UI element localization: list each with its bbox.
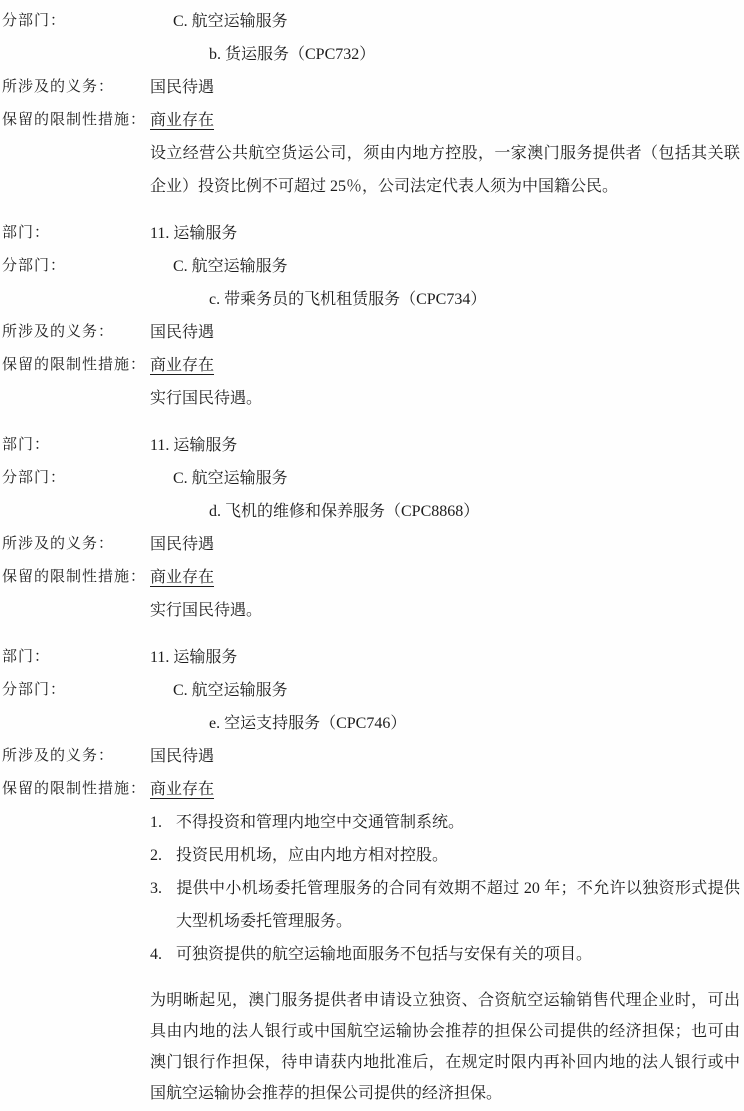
field-label: 分部门： (2, 250, 150, 283)
field-row: 所涉及的义务： 国民待遇 (2, 740, 740, 773)
field-text: C. 航空运输服务 (173, 682, 288, 699)
field-value: 实行国民待遇。 (150, 382, 740, 415)
field-label: 分部门： (2, 674, 150, 707)
field-text: 11. 运输服务 (150, 225, 237, 242)
field-text: 国民待遇 (150, 536, 214, 553)
field-text: 商业存在 (150, 357, 214, 374)
field-row: 分部门： C. 航空运输服务 (2, 462, 740, 495)
field-value: C. 航空运输服务 (150, 674, 740, 707)
field-text: 投资民用机场，应由内地方相对控股。 (176, 847, 448, 864)
field-row: 保留的限制性措施： 商业存在 (2, 349, 740, 382)
field-text: 提供中小机场委托管理服务的合同有效期不超过 20 年；不允许以独资形式提供大型机… (176, 880, 740, 930)
field-text: b. 货运服务（CPC732） (209, 46, 375, 63)
field-text: d. 飞机的维修和保养服务（CPC8868） (209, 503, 479, 520)
field-text: 11. 运输服务 (150, 437, 237, 454)
field-row: 保留的限制性措施： 商业存在 (2, 104, 740, 137)
field-row: 实行国民待遇。 (2, 594, 740, 627)
schedule-entry-section: 部门： 11. 运输服务 分部门： C. 航空运输服务 c. 带乘务员的飞机租赁… (2, 217, 740, 415)
field-text: 国民待遇 (150, 748, 214, 765)
field-text: 商业存在 (150, 781, 214, 798)
field-text: 不得投资和管理内地空中交通管制系统。 (176, 814, 464, 831)
field-row: c. 带乘务员的飞机租赁服务（CPC734） (2, 283, 740, 316)
field-row: 保留的限制性措施： 商业存在 (2, 561, 740, 594)
field-row: 分部门： C. 航空运输服务 (2, 250, 740, 283)
field-text: 实行国民待遇。 (150, 390, 262, 407)
field-row: 保留的限制性措施： 商业存在 (2, 773, 740, 806)
field-text: 设立经营公共航空货运公司，须由内地方控股，一家澳门服务提供者（包括其关联企业）投… (150, 145, 740, 195)
field-row: 1.不得投资和管理内地空中交通管制系统。 (2, 806, 740, 839)
schedule-entry-section: 分部门： C. 航空运输服务 b. 货运服务（CPC732） 所涉及的义务： 国… (2, 5, 740, 203)
field-label: 所涉及的义务： (2, 740, 150, 773)
field-value: 商业存在 (150, 561, 740, 594)
field-value: 国民待遇 (150, 740, 740, 773)
field-row: b. 货运服务（CPC732） (2, 38, 740, 71)
field-row: 所涉及的义务： 国民待遇 (2, 316, 740, 349)
field-label: 保留的限制性措施： (2, 561, 150, 594)
field-row: 3.提供中小机场委托管理服务的合同有效期不超过 20 年；不允许以独资形式提供大… (2, 872, 740, 938)
field-value: 国民待遇 (150, 316, 740, 349)
field-value: 设立经营公共航空货运公司，须由内地方控股，一家澳门服务提供者（包括其关联企业）投… (150, 137, 740, 203)
field-row: 为明晰起见，澳门服务提供者申请设立独资、合资航空运输销售代理企业时，可出具由内地… (2, 985, 740, 1109)
field-row: 所涉及的义务： 国民待遇 (2, 528, 740, 561)
field-value: c. 带乘务员的飞机租赁服务（CPC734） (150, 283, 740, 316)
field-value: 1.不得投资和管理内地空中交通管制系统。 (150, 806, 740, 839)
field-value: 11. 运输服务 (150, 217, 740, 250)
field-row: 设立经营公共航空货运公司，须由内地方控股，一家澳门服务提供者（包括其关联企业）投… (2, 137, 740, 203)
field-row: 实行国民待遇。 (2, 382, 740, 415)
field-label: 部门： (2, 429, 150, 462)
field-label: 保留的限制性措施： (2, 104, 150, 137)
field-row: e. 空运支持服务（CPC746） (2, 707, 740, 740)
field-label: 所涉及的义务： (2, 316, 150, 349)
field-row: 分部门： C. 航空运输服务 (2, 5, 740, 38)
field-text: 可独资提供的航空运输地面服务不包括与安保有关的项目。 (176, 946, 592, 963)
field-text: 11. 运输服务 (150, 649, 237, 666)
field-row: 部门： 11. 运输服务 (2, 641, 740, 674)
field-label: 所涉及的义务： (2, 528, 150, 561)
field-row: 部门： 11. 运输服务 (2, 217, 740, 250)
field-text: 商业存在 (150, 112, 214, 129)
field-value: 商业存在 (150, 349, 740, 382)
field-row: 部门： 11. 运输服务 (2, 429, 740, 462)
document-page: 分部门： C. 航空运输服务 b. 货运服务（CPC732） 所涉及的义务： 国… (0, 0, 744, 1111)
field-label: 分部门： (2, 462, 150, 495)
field-label: 保留的限制性措施： (2, 773, 150, 806)
field-value: 为明晰起见，澳门服务提供者申请设立独资、合资航空运输销售代理企业时，可出具由内地… (150, 985, 740, 1109)
field-value: 国民待遇 (150, 528, 740, 561)
field-value: 实行国民待遇。 (150, 594, 740, 627)
field-label: 所涉及的义务： (2, 71, 150, 104)
field-value: 商业存在 (150, 773, 740, 806)
field-text: c. 带乘务员的飞机租赁服务（CPC734） (209, 291, 486, 308)
field-value: b. 货运服务（CPC732） (150, 38, 740, 71)
document-body: 分部门： C. 航空运输服务 b. 货运服务（CPC732） 所涉及的义务： 国… (2, 5, 740, 1109)
schedule-entry-section: 部门： 11. 运输服务 分部门： C. 航空运输服务 d. 飞机的维修和保养服… (2, 429, 740, 627)
field-value: C. 航空运输服务 (150, 5, 740, 38)
field-label: 部门： (2, 217, 150, 250)
field-text: 实行国民待遇。 (150, 602, 262, 619)
field-text: C. 航空运输服务 (173, 470, 288, 487)
field-value: 11. 运输服务 (150, 429, 740, 462)
field-text: 国民待遇 (150, 79, 214, 96)
field-value: 2.投资民用机场，应由内地方相对控股。 (150, 839, 740, 872)
field-value: 商业存在 (150, 104, 740, 137)
field-text: 为明晰起见，澳门服务提供者申请设立独资、合资航空运输销售代理企业时，可出具由内地… (150, 992, 740, 1102)
field-value: 3.提供中小机场委托管理服务的合同有效期不超过 20 年；不允许以独资形式提供大… (150, 872, 740, 938)
list-number: 2. (150, 839, 176, 872)
field-text: C. 航空运输服务 (173, 13, 288, 30)
list-number: 1. (150, 806, 176, 839)
field-label: 部门： (2, 641, 150, 674)
field-row: 4.可独资提供的航空运输地面服务不包括与安保有关的项目。 (2, 938, 740, 971)
field-text: 商业存在 (150, 569, 214, 586)
field-value: C. 航空运输服务 (150, 462, 740, 495)
list-number: 4. (150, 938, 176, 971)
field-text: 国民待遇 (150, 324, 214, 341)
field-row: 分部门： C. 航空运输服务 (2, 674, 740, 707)
field-row: 2.投资民用机场，应由内地方相对控股。 (2, 839, 740, 872)
field-row: 所涉及的义务： 国民待遇 (2, 71, 740, 104)
field-value: e. 空运支持服务（CPC746） (150, 707, 740, 740)
field-value: 4.可独资提供的航空运输地面服务不包括与安保有关的项目。 (150, 938, 740, 971)
field-value: C. 航空运输服务 (150, 250, 740, 283)
schedule-entry-section: 部门： 11. 运输服务 分部门： C. 航空运输服务 e. 空运支持服务（CP… (2, 641, 740, 971)
field-value: 11. 运输服务 (150, 641, 740, 674)
field-value: 国民待遇 (150, 71, 740, 104)
list-number: 3. (150, 872, 176, 905)
field-row: d. 飞机的维修和保养服务（CPC8868） (2, 495, 740, 528)
field-label: 分部门： (2, 5, 150, 38)
field-text: e. 空运支持服务（CPC746） (209, 715, 406, 732)
field-text: C. 航空运输服务 (173, 258, 288, 275)
clarification-note-section: 为明晰起见，澳门服务提供者申请设立独资、合资航空运输销售代理企业时，可出具由内地… (2, 985, 740, 1109)
field-value: d. 飞机的维修和保养服务（CPC8868） (150, 495, 740, 528)
field-label: 保留的限制性措施： (2, 349, 150, 382)
